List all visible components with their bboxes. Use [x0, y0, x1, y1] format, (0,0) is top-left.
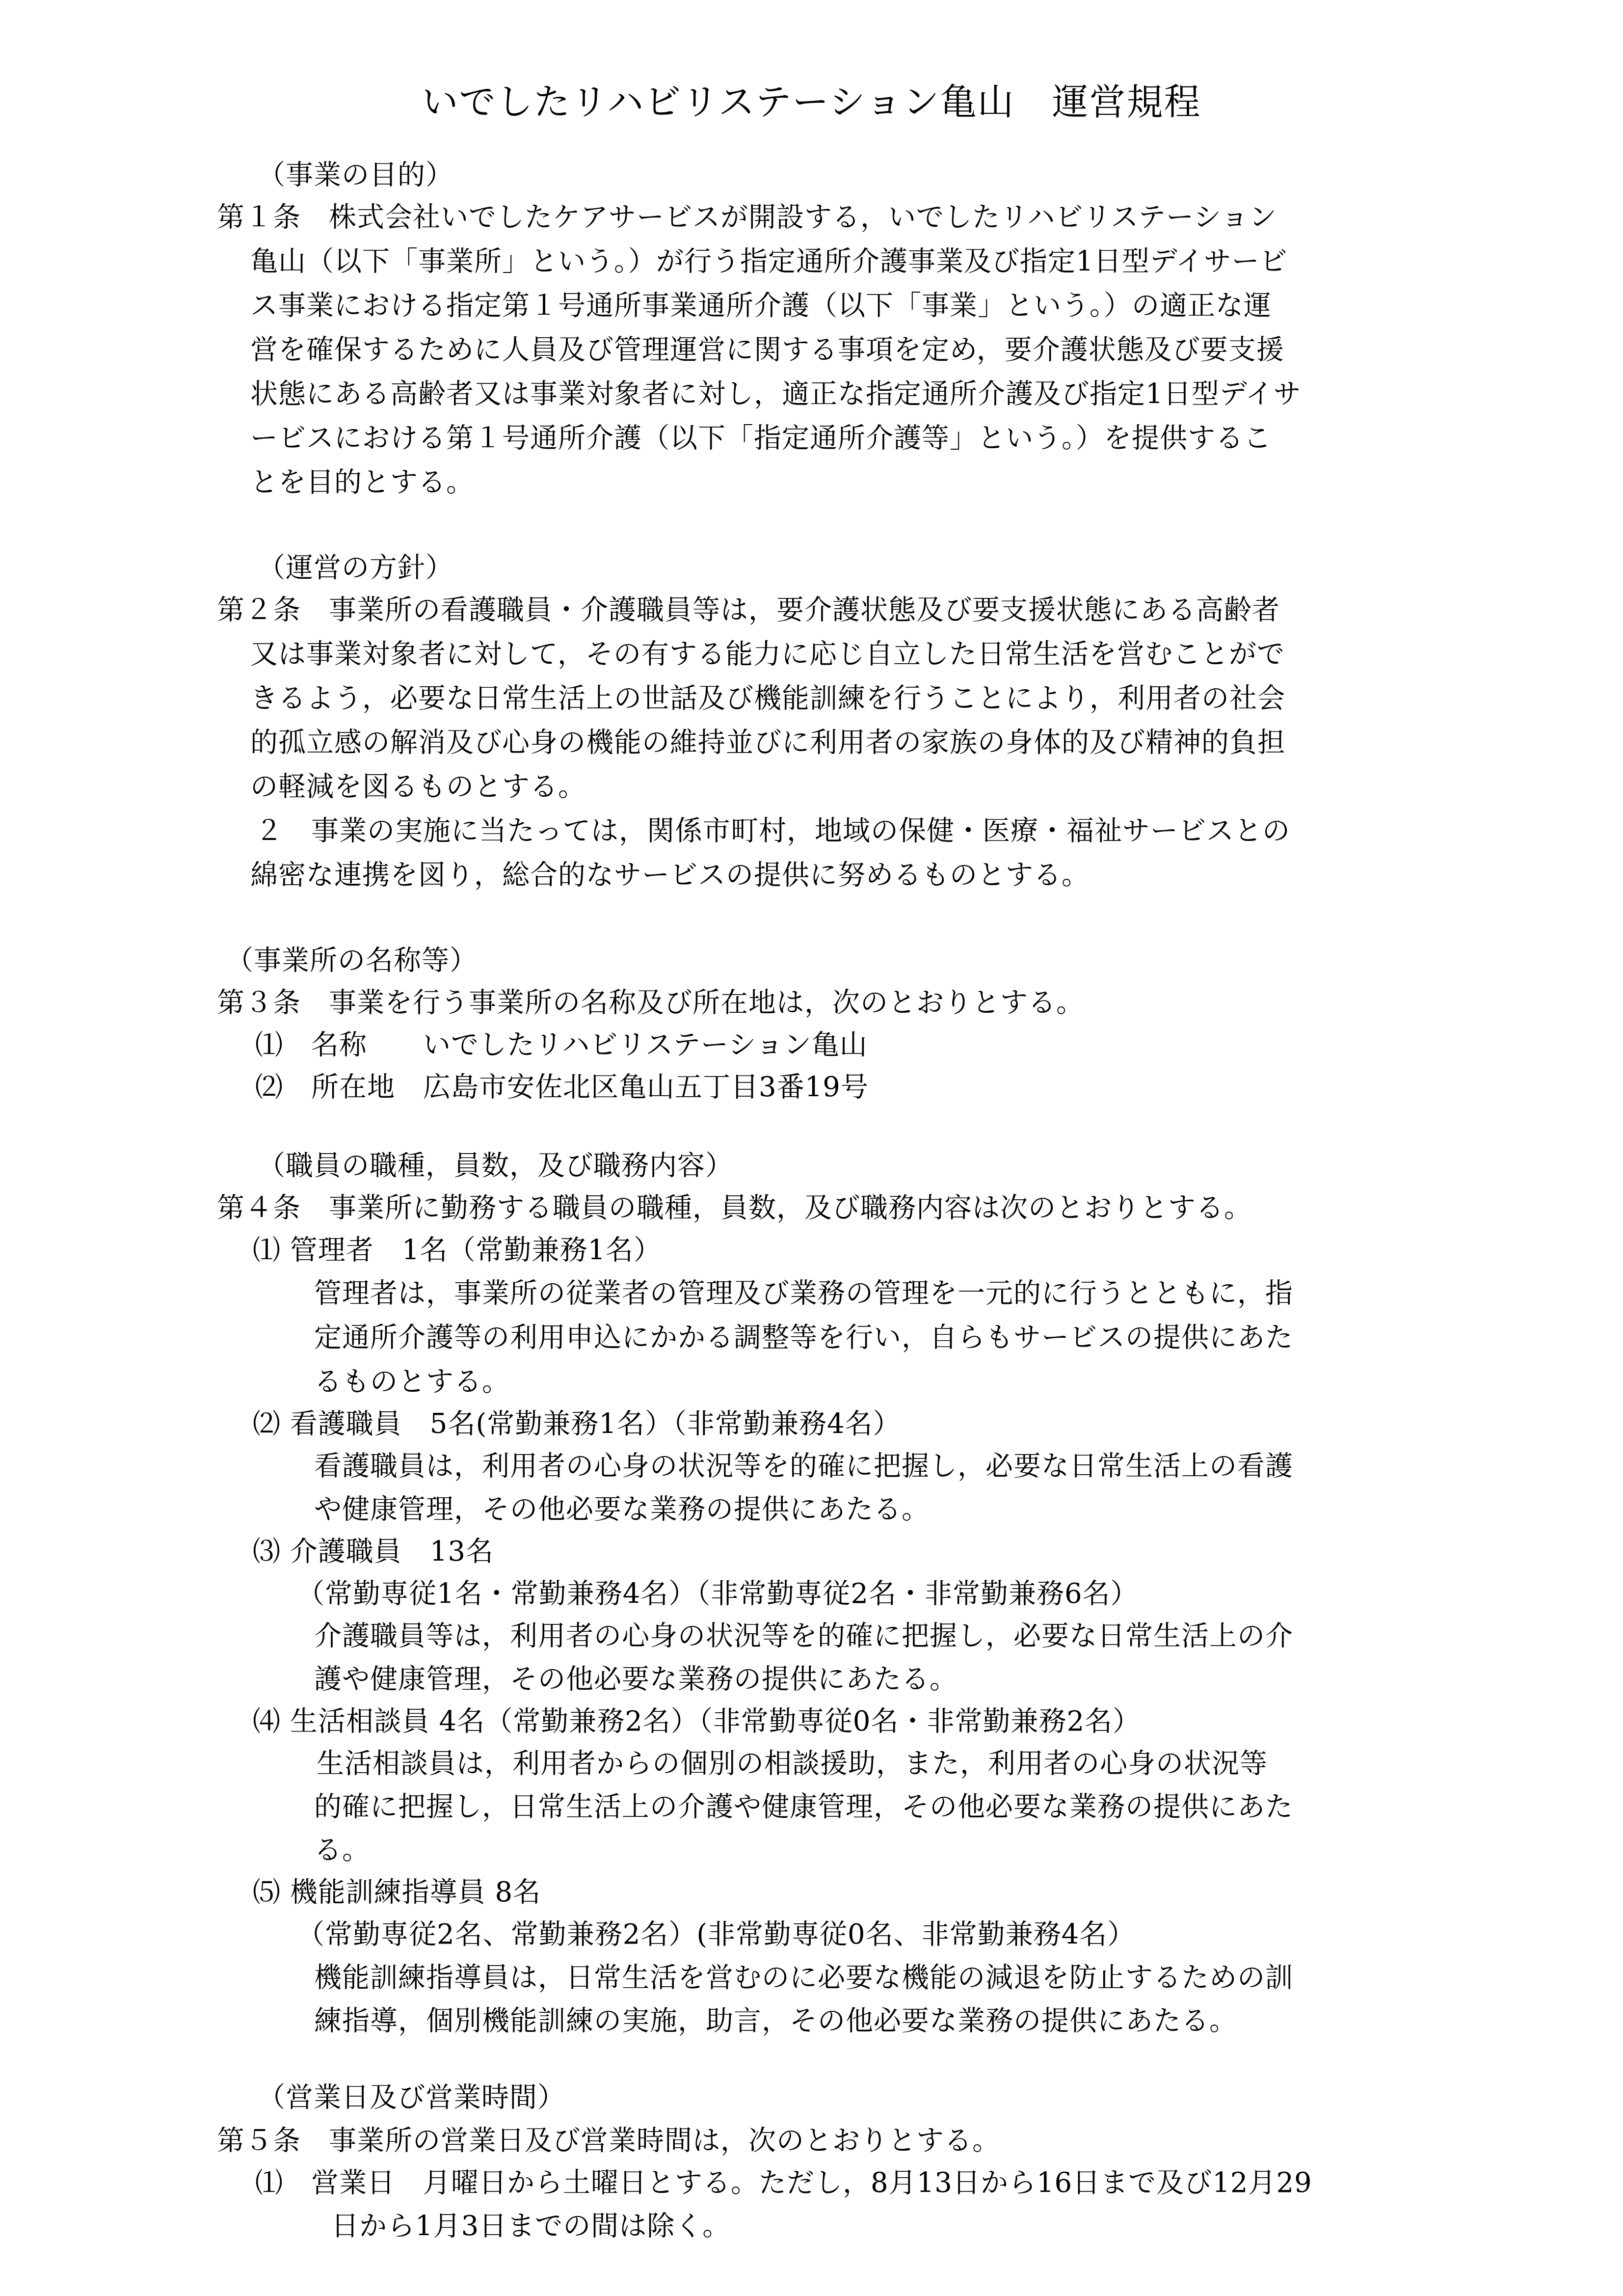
article-5-item-1: ⑴ 営業日 月曜日から土曜日とする。ただし，8月13日から16日まで及び12月2… [255, 2166, 1312, 2200]
document-title: いでしたリハビリステーション亀山 運営規程 [0, 79, 1623, 126]
article-1-heading: （事業の目的） [258, 158, 453, 192]
article-3-item-1: ⑴ 名称 いでしたリハビリステーション亀山 [255, 1028, 868, 1062]
article-2-line-2: 又は事業対象者に対して，その有する能力に応じ自立した日常生活を営むことがで [250, 637, 1285, 672]
article-5-item-1-cont: 日から1月3日までの間は除く。 [331, 2209, 730, 2243]
article-4-item-4-desc-1: 生活相談員は，利用者からの個別の相談援助，また，利用者の心身の状況等 [317, 1747, 1268, 1781]
article-1-line-2: 亀山（以下「事業所」という。）が行う指定通所介護事業及び指定1日型デイサービ [250, 244, 1288, 279]
article-2-line-5: の軽減を図るものとする。 [250, 770, 586, 804]
article-3-item-2: ⑵ 所在地 広島市安佐北区亀山五丁目3番19号 [255, 1070, 869, 1105]
article-2-line-4: 的孤立感の解消及び心身の機能の維持並びに利用者の家族の身体的及び精神的負担 [250, 726, 1285, 760]
article-4-item-3: ⑶ 介護職員 13名 [253, 1535, 494, 1569]
article-2-heading: （運営の方針） [258, 551, 453, 585]
article-4-item-3-breakdown: （常勤専従1名・常勤兼務4名）（非常勤専従2名・非常勤兼務6名） [297, 1577, 1139, 1611]
article-1-line-7: とを目的とする。 [250, 465, 474, 500]
article-4-item-2-desc-2: や健康管理，その他必要な業務の提供にあたる。 [314, 1492, 930, 1527]
article-4-item-5: ⑸ 機能訓練指導員 8名 [253, 1875, 541, 1910]
article-4-item-4-desc-2: 的確に把握し，日常生活上の介護や健康管理，その他必要な業務の提供にあた [314, 1790, 1293, 1824]
article-4-item-5-desc-2: 練指導，個別機能訓練の実施，助言，その他必要な業務の提供にあたる。 [314, 2004, 1237, 2038]
article-1-line-4: 営を確保するために人員及び管理運営に関する事項を定め，要介護状態及び要支援 [250, 333, 1284, 367]
article-4-item-5-breakdown: （常勤専従2名、常勤兼務2名）(非常勤専従0名、非常勤兼務4名） [297, 1918, 1135, 1952]
article-4-item-3-desc-1: 介護職員等は，利用者の心身の状況等を的確に把握し，必要な日常生活上の介 [314, 1619, 1293, 1653]
article-4-item-2: ⑵ 看護職員 5名(常勤兼務1名）（非常勤兼務4名） [253, 1407, 901, 1441]
article-1-line-6: ービスにおける第１号通所介護（以下「指定通所介護等」という。）を提供するこ [250, 421, 1272, 456]
article-3-heading: （事業所の名称等） [226, 944, 478, 978]
article-4-item-3-desc-2: 護や健康管理，その他必要な業務の提供にあたる。 [314, 1662, 958, 1697]
article-2-line-6: ２ 事業の実施に当たっては，関係市町村，地域の保健・医療・福祉サービスとの [255, 814, 1290, 848]
article-4-item-1-desc-3: るものとする。 [314, 1365, 510, 1399]
document-page: いでしたリハビリステーション亀山 運営規程 （事業の目的） 第１条 株式会社いで… [0, 0, 1623, 2296]
article-4-item-2-desc-1: 看護職員は，利用者の心身の状況等を的確に把握し，必要な日常生活上の看護 [314, 1449, 1293, 1484]
article-2-line-7: 綿密な連携を図り，総合的なサービスの提供に努めるものとする。 [250, 858, 1090, 892]
article-4-heading: （職員の職種，員数，及び職務内容） [258, 1149, 733, 1183]
article-5-heading: （営業日及び営業時間） [258, 2080, 565, 2115]
article-1-line-1: 第１条 株式会社いでしたケアサービスが開設する，いでしたリハビリステーション [217, 200, 1277, 235]
article-2-line-3: きるよう，必要な日常生活上の世話及び機能訓練を行うことにより，利用者の社会 [250, 681, 1285, 716]
article-1-line-5: 状態にある高齢者又は事業対象者に対し，適正な指定通所介護及び指定1日型デイサ [250, 377, 1302, 411]
article-3-line-1: 第３条 事業を行う事業所の名称及び所在地は，次のとおりとする。 [217, 986, 1084, 1020]
article-4-item-1-desc-2: 定通所介護等の利用申込にかかる調整等を行い，自らもサービスの提供にあた [314, 1321, 1293, 1355]
article-5-line-1: 第５条 事業所の営業日及び営業時間は，次のとおりとする。 [217, 2124, 1000, 2158]
article-4-item-4-desc-3: る。 [314, 1833, 370, 1867]
article-4-item-4: ⑷ 生活相談員 4名（常勤兼務2名）（非常勤専従0名・非常勤兼務2名） [253, 1704, 1141, 1739]
article-1-line-3: ス事業における指定第１号通所事業通所介護（以下「事業」という。）の適正な運 [250, 289, 1272, 323]
article-4-item-1: ⑴ 管理者 1名（常勤兼務1名） [253, 1233, 662, 1268]
article-4-item-1-desc-1: 管理者は，事業所の従業者の管理及び業務の管理を一元的に行うとともに，指 [314, 1276, 1293, 1311]
article-4-item-5-desc-1: 機能訓練指導員は，日常生活を営むのに必要な機能の減退を防止するための訓 [314, 1961, 1293, 1995]
article-4-line-1: 第４条 事業所に勤務する職員の職種，員数，及び職務内容は次のとおりとする。 [217, 1191, 1252, 1225]
article-2-line-1: 第２条 事業所の看護職員・介護職員等は，要介護状態及び要支援状態にある高齢者 [217, 593, 1280, 627]
